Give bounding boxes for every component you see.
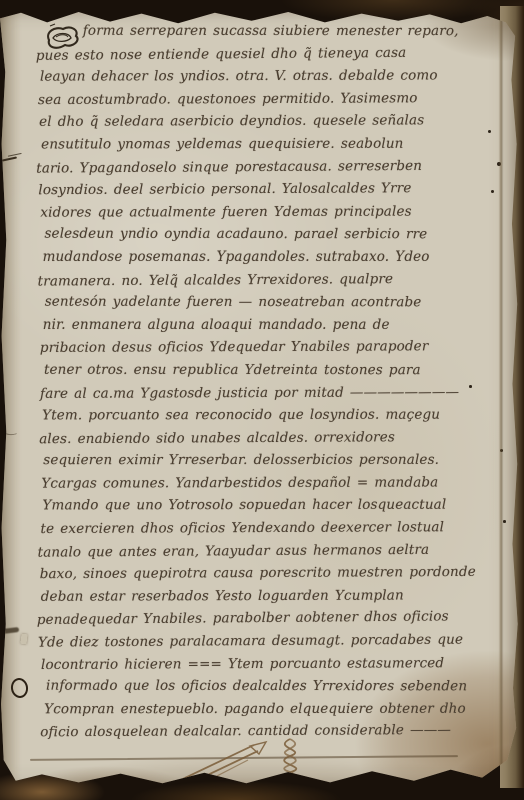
ink-spot	[488, 130, 491, 133]
manuscript-line: sequieren eximir Yrreserbar. delosserbic…	[43, 449, 492, 472]
manuscript-line: el dho q̃ seledara aserbicio deyndios. q…	[39, 109, 491, 133]
paper-chip	[20, 634, 27, 645]
manuscript-text: forma serreparen sucassa siubiere menest…	[35, 19, 494, 744]
manuscript-line: pribacion desus oficios Ydequedar Ynabil…	[40, 335, 492, 359]
manuscript-line: baxo, sinoes quepirotra causa porescrito…	[40, 561, 493, 586]
notarial-rubric	[162, 736, 362, 796]
manuscript-line: tener otros. ensu republica Ydetreinta t…	[44, 359, 492, 382]
ink-spot	[491, 190, 494, 193]
margin-smudge-mark	[2, 627, 19, 634]
manuscript-line: ensutitulo ynomas yeldemas quequisiere. …	[41, 132, 491, 156]
ink-spot	[469, 385, 472, 388]
manuscript-line: Yde diez tostones paralacamara desumagt.…	[38, 628, 493, 654]
manuscript-line: forma serreparen sucassa siubiere menest…	[83, 20, 491, 43]
manuscript-photo: forma serreparen sucassa siubiere menest…	[0, 0, 524, 800]
manuscript-line: leayan dehacer los yndios. otra. V. otra…	[40, 65, 491, 89]
margin-ring-mark	[10, 677, 30, 699]
manuscript-page: forma serreparen sucassa siubiere menest…	[0, 0, 524, 800]
margin-tick-mark	[2, 156, 17, 161]
manuscript-line: locontrario hicieren === Ytem porcuanto …	[41, 652, 493, 677]
manuscript-line: xidores que actualmente fueren Ydemas pr…	[40, 200, 491, 224]
page-crease	[499, 16, 503, 766]
manuscript-line: Ymando que uno Yotrosolo sopuedan hacer …	[42, 494, 492, 517]
manuscript-line: fare al ca.ma Ygastosde justicia por mit…	[40, 381, 492, 405]
ink-spot	[503, 520, 506, 523]
manuscript-line: tanalo que antes eran, Yaayudar asus her…	[38, 538, 493, 564]
manuscript-line: tramanera. no. Yelq̃ alcaldes Yrrexidore…	[37, 267, 492, 293]
margin-bracket-mark	[0, 408, 17, 439]
manuscript-line: nir. enmanera alguna aloaqui mandado. pe…	[43, 314, 492, 337]
manuscript-line: pues esto nose entiende quesiel dho q̃ t…	[35, 41, 491, 67]
manuscript-line: sea acostumbrado. questonoes permitido. …	[38, 87, 491, 112]
manuscript-line: mudandose posemanas. Ypagandoles. sutrab…	[43, 246, 492, 269]
manuscript-line: selesdeun yndio oyndia acadauno. parael …	[44, 223, 491, 246]
manuscript-line: ales. enabiendo sido unabes alcaldes. or…	[39, 425, 492, 450]
manuscript-line: informado que los oficios dealcaldes Yrr…	[46, 675, 493, 698]
manuscript-line: Ycompran enestepueblo. pagando elquequie…	[44, 698, 494, 721]
manuscript-line: Ytem. porcuanto sea reconocido que losyn…	[42, 404, 492, 427]
manuscript-line: Ycargas comunes. Yandarbestidos despañol…	[41, 471, 492, 495]
manuscript-line: te exercieren dhos oficios Yendexando de…	[40, 516, 492, 541]
manuscript-line: sentesón yadelante fueren — noseatreban …	[45, 291, 492, 314]
manuscript-line: tario. Ypagandoselo sinque porestacausa.…	[37, 154, 492, 180]
manuscript-line: losyndios. deel serbicio personal. Yalos…	[38, 177, 491, 202]
